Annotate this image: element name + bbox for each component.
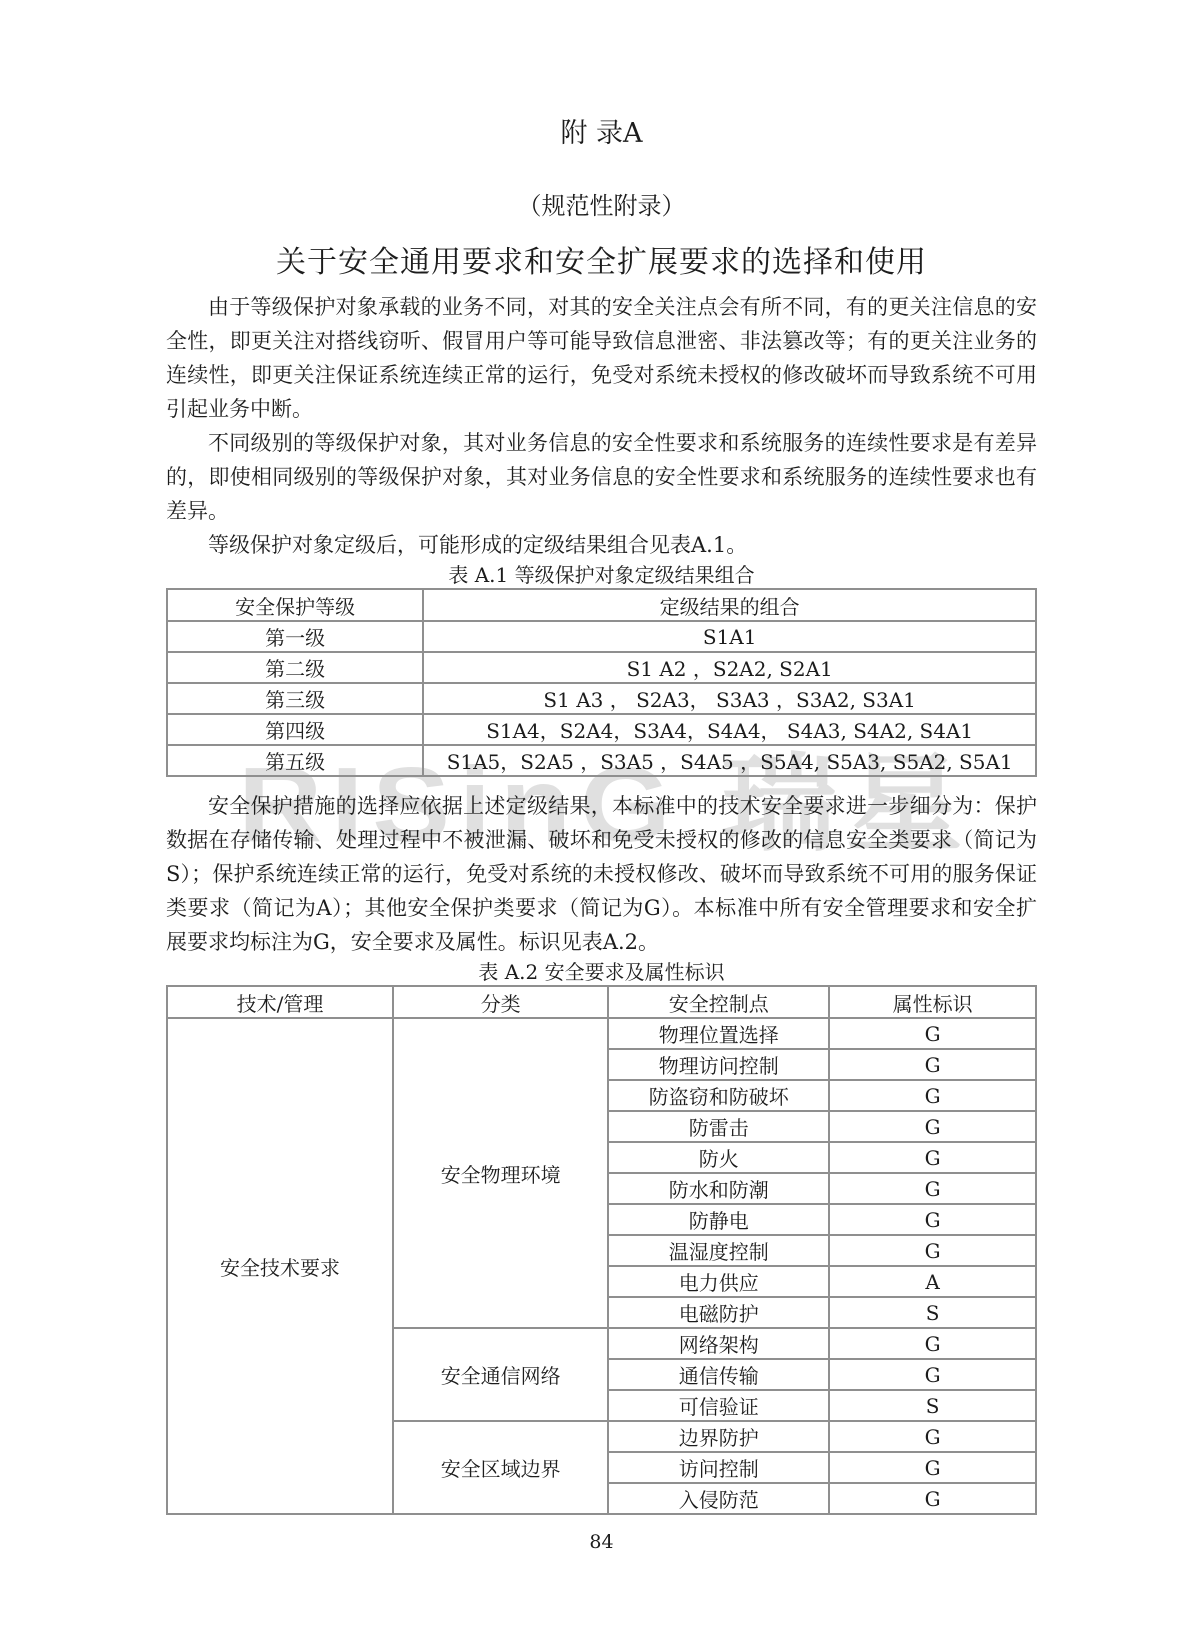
- attribute-cell: G: [829, 1328, 1036, 1359]
- table-row: 安全技术要求 安全物理环境 物理位置选择 G: [167, 1018, 1036, 1049]
- attribute-cell: G: [829, 1080, 1036, 1111]
- paragraph-2: 不同级别的等级保护对象，其对业务信息的安全性要求和系统服务的连续性要求是有差异的…: [166, 426, 1037, 528]
- control-point-cell: 边界防护: [608, 1421, 829, 1452]
- category-cell: 安全区域边界: [393, 1421, 609, 1514]
- control-point-cell: 防静电: [608, 1204, 829, 1235]
- table-a1-header-combo: 定级结果的组合: [423, 589, 1036, 621]
- control-point-cell: 通信传输: [608, 1359, 829, 1390]
- normative-subtitle: （规范性附录）: [166, 192, 1037, 220]
- attribute-cell: G: [829, 1421, 1036, 1452]
- table-a2-header: 技术/管理 分类 安全控制点 属性标识: [167, 986, 1036, 1018]
- paragraph-3: 等级保护对象定级后，可能形成的定级结果组合见表A.1。: [166, 528, 1037, 562]
- control-point-cell: 防火: [608, 1142, 829, 1173]
- table-a1-header-level: 安全保护等级: [167, 589, 423, 621]
- table-row: 技术/管理 分类 安全控制点 属性标识: [167, 986, 1036, 1018]
- control-point-cell: 可信验证: [608, 1390, 829, 1421]
- appendix-title: 附 录A: [166, 118, 1037, 150]
- table-row: 第二级 S1 A2 ，S2A2, S2A1: [167, 652, 1036, 683]
- page-content: 附 录A （规范性附录） 关于安全通用要求和安全扩展要求的选择和使用 由于等级保…: [0, 0, 1199, 1553]
- attribute-cell: G: [829, 1049, 1036, 1080]
- tech-management-cell: 安全技术要求: [167, 1018, 393, 1514]
- attribute-cell: G: [829, 1483, 1036, 1514]
- attribute-cell: G: [829, 1235, 1036, 1266]
- table-a2-header-attr: 属性标识: [829, 986, 1036, 1018]
- table-a2-header-control: 安全控制点: [608, 986, 829, 1018]
- level-cell: 第一级: [167, 621, 423, 652]
- table-a1: 安全保护等级 定级结果的组合 第一级 S1A1 第二级 S1 A2 ，S2A2,…: [166, 588, 1037, 777]
- level-cell: 第四级: [167, 714, 423, 745]
- combo-cell: S1A1: [423, 621, 1036, 652]
- combo-cell: S1 A3 ， S2A3， S3A3 ，S3A2, S3A1: [423, 683, 1036, 714]
- attribute-cell: G: [829, 1142, 1036, 1173]
- control-point-cell: 网络架构: [608, 1328, 829, 1359]
- combo-cell: S1 A2 ，S2A2, S2A1: [423, 652, 1036, 683]
- table-a2-header-category: 分类: [393, 986, 609, 1018]
- level-cell: 第三级: [167, 683, 423, 714]
- control-point-cell: 入侵防范: [608, 1483, 829, 1514]
- combo-cell: S1A5，S2A5 ，S3A5 ，S4A5 ，S5A4, S5A3, S5A2,…: [423, 745, 1036, 776]
- combo-cell: S1A4，S2A4，S3A4，S4A4， S4A3, S4A2, S4A1: [423, 714, 1036, 745]
- attribute-cell: G: [829, 1204, 1036, 1235]
- table-row: 安全保护等级 定级结果的组合: [167, 589, 1036, 621]
- table-a1-caption: 表 A.1 等级保护对象定级结果组合: [166, 564, 1037, 586]
- table-a2-caption: 表 A.2 安全要求及属性标识: [166, 961, 1037, 983]
- table-row: 第一级 S1A1: [167, 621, 1036, 652]
- attribute-cell: G: [829, 1018, 1036, 1049]
- control-point-cell: 防盗窃和防破坏: [608, 1080, 829, 1111]
- table-row: 第三级 S1 A3 ， S2A3， S3A3 ，S3A2, S3A1: [167, 683, 1036, 714]
- control-point-cell: 访问控制: [608, 1452, 829, 1483]
- paragraph-1: 由于等级保护对象承载的业务不同，对其的安全关注点会有所不同，有的更关注信息的安全…: [166, 290, 1037, 426]
- control-point-cell: 物理位置选择: [608, 1018, 829, 1049]
- control-point-cell: 防雷击: [608, 1111, 829, 1142]
- category-cell: 安全物理环境: [393, 1018, 609, 1328]
- attribute-cell: G: [829, 1452, 1036, 1483]
- attribute-cell: G: [829, 1173, 1036, 1204]
- control-point-cell: 温湿度控制: [608, 1235, 829, 1266]
- table-row: 第四级 S1A4，S2A4，S3A4，S4A4， S4A3, S4A2, S4A…: [167, 714, 1036, 745]
- paragraph-4: 安全保护措施的选择应依据上述定级结果，本标准中的技术安全要求进一步细分为：保护数…: [166, 789, 1037, 959]
- level-cell: 第二级: [167, 652, 423, 683]
- table-a1-header: 安全保护等级 定级结果的组合: [167, 589, 1036, 621]
- attribute-cell: G: [829, 1359, 1036, 1390]
- level-cell: 第五级: [167, 745, 423, 776]
- category-cell: 安全通信网络: [393, 1328, 609, 1421]
- table-row: 第五级 S1A5，S2A5 ，S3A5 ，S4A5 ，S5A4, S5A3, S…: [167, 745, 1036, 776]
- table-a2-header-tech: 技术/管理: [167, 986, 393, 1018]
- control-point-cell: 电力供应: [608, 1266, 829, 1297]
- attribute-cell: S: [829, 1297, 1036, 1328]
- table-a2: 技术/管理 分类 安全控制点 属性标识 安全技术要求 安全物理环境 物理位置选择…: [166, 985, 1037, 1515]
- table-a1-body: 第一级 S1A1 第二级 S1 A2 ，S2A2, S2A1 第三级 S1 A3…: [167, 621, 1036, 776]
- page-number: 84: [166, 1531, 1037, 1553]
- main-title: 关于安全通用要求和安全扩展要求的选择和使用: [166, 246, 1037, 280]
- control-point-cell: 防水和防潮: [608, 1173, 829, 1204]
- control-point-cell: 电磁防护: [608, 1297, 829, 1328]
- attribute-cell: G: [829, 1111, 1036, 1142]
- attribute-cell: A: [829, 1266, 1036, 1297]
- document-page: RISinG 瑞星 附 录A （规范性附录） 关于安全通用要求和安全扩展要求的选…: [0, 0, 1199, 1627]
- table-a2-body: 安全技术要求 安全物理环境 物理位置选择 G 物理访问控制 G 防盗窃和防破坏 …: [167, 1018, 1036, 1514]
- control-point-cell: 物理访问控制: [608, 1049, 829, 1080]
- attribute-cell: S: [829, 1390, 1036, 1421]
